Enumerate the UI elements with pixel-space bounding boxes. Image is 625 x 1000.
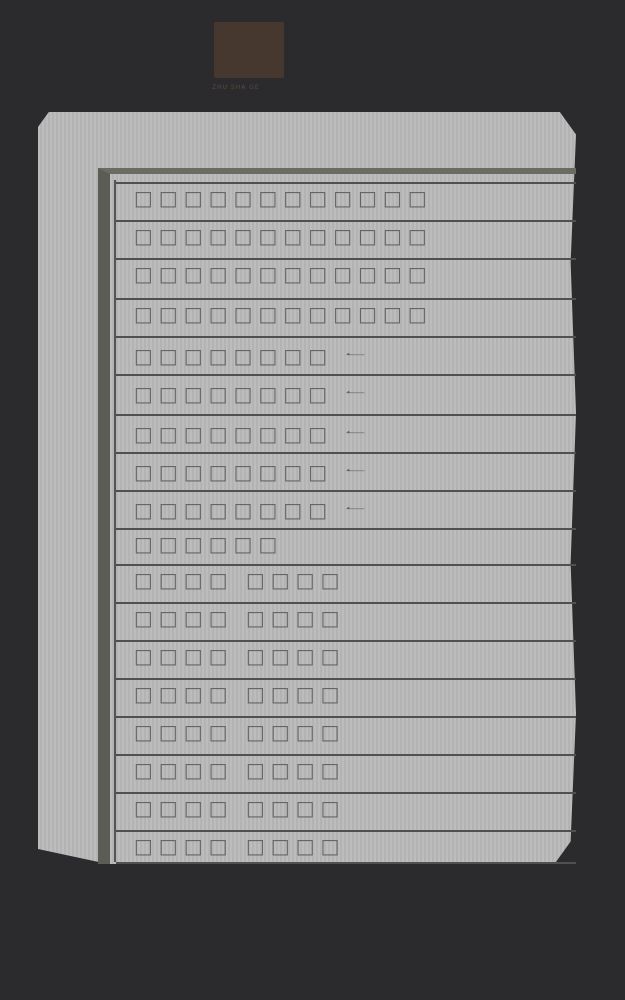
row-text: □□□□□□□□□□□□ xyxy=(116,302,576,326)
row-text: □□□□ □□□□ xyxy=(116,796,576,820)
row-text: □□□□ □□□□ xyxy=(116,644,576,668)
seal-caption: ZHU SHA GE xyxy=(212,84,292,92)
row-text: 一 □□□□□□□□ xyxy=(116,494,576,523)
row-text: □□□□ □□□□ xyxy=(116,834,576,858)
text-row: □□□□ □□□□ xyxy=(116,716,576,754)
text-row: □□□□□□ xyxy=(116,528,576,564)
row-text: □□□□□□□□□□□□ xyxy=(116,262,576,286)
row-text: □□□□ □□□□ xyxy=(116,720,576,744)
row-text: 一 □□□□□□□□ xyxy=(116,378,576,407)
text-row: 一 □□□□□□□□ xyxy=(116,336,576,374)
row-text: □□□□□□ xyxy=(116,532,576,556)
row-text: □□□□ □□□□ xyxy=(116,682,576,706)
row-text: 一 □□□□□□□□ xyxy=(116,340,576,369)
text-row: □□□□ □□□□ xyxy=(116,640,576,678)
row-text: □□□□ □□□□ xyxy=(116,606,576,630)
text-row: □□□□□□□□□□□□ xyxy=(116,182,576,220)
row-text: □□□□□□□□□□□□ xyxy=(116,224,576,248)
collector-seal xyxy=(214,22,284,78)
text-row: □□□□□□□□□□□□ xyxy=(116,258,576,298)
text-row: 一 □□□□□□□□ xyxy=(116,414,576,452)
text-row: □□□□ □□□□ xyxy=(116,754,576,792)
text-row: □□□□□□□□□□□□ xyxy=(116,220,576,258)
text-row: □□□□ □□□□ xyxy=(116,678,576,716)
text-row: □□□□ □□□□ xyxy=(116,792,576,830)
text-row: □□□□ □□□□ xyxy=(116,602,576,640)
row-text: □□□□ □□□□ xyxy=(116,568,576,592)
text-row: 一 □□□□□□□□ xyxy=(116,452,576,490)
row-text: 一 □□□□□□□□ xyxy=(116,456,576,485)
text-row: 一 □□□□□□□□ xyxy=(116,374,576,414)
row-text: 一 □□□□□□□□ xyxy=(116,418,576,447)
row-text: □□□□ □□□□ xyxy=(116,758,576,782)
text-row: 一 □□□□□□□□ xyxy=(116,490,576,528)
row-text: □□□□□□□□□□□□ xyxy=(116,186,576,210)
text-row: □□□□ □□□□ xyxy=(116,830,576,864)
text-row: □□□□ □□□□ xyxy=(116,564,576,602)
text-row: □□□□□□□□□□□□ xyxy=(116,298,576,336)
